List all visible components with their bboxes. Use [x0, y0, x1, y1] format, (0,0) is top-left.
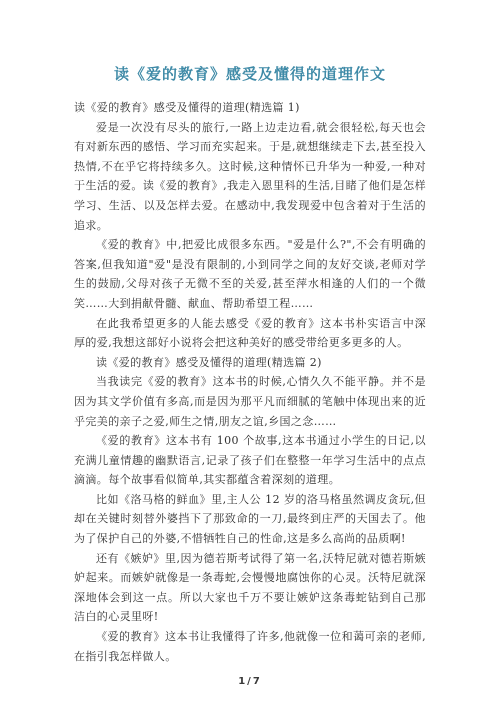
essay-paragraph: 爱是一次没有尽头的旅行,一路上边走边看,就会很轻松,每天也会有对新东西的感悟、学…: [74, 118, 426, 236]
essay-paragraph: 《爱的教育》这本书让我懂得了许多,他就像一位和蔼可亲的老师,在指引我怎样做人。: [74, 627, 426, 666]
essay-body: 读《爱的教育》感受及懂得的道理(精选篇 1) 爱是一次没有尽头的旅行,一路上边走…: [74, 98, 426, 666]
document-title: 读《爱的教育》感受及懂得的道理作文: [74, 62, 426, 86]
section-heading: 读《爱的教育》感受及懂得的道理(精选篇 2): [74, 353, 426, 373]
document-page: 读《爱的教育》感受及懂得的道理作文 读《爱的教育》感受及懂得的道理(精选篇 1)…: [0, 0, 500, 707]
essay-paragraph: 《爱的教育》这本书有 100 个故事,这本书通过小学生的日记,以充满儿童情趣的幽…: [74, 431, 426, 490]
essay-paragraph: 在此我希望更多的人能去感受《爱的教育》这本书朴实语言中深厚的爱,我想这部好小说将…: [74, 314, 426, 353]
essay-paragraph: 还有《嫉妒》里,因为德若斯考试得了第一名,沃特尼就对德若斯嫉妒起来。而嫉妒就像是…: [74, 549, 426, 627]
essay-paragraph: 比如《洛马格的鲜血》里,主人公 12 岁的洛马格虽然调皮贪玩,但却在关键时刻替外…: [74, 490, 426, 549]
section-heading: 读《爱的教育》感受及懂得的道理(精选篇 1): [74, 98, 426, 118]
page-number-indicator: 1/7: [74, 676, 426, 687]
essay-paragraph: 当我读完《爱的教育》这本书的时候,心情久久不能平静。并不是因为其文学价值有多高,…: [74, 372, 426, 431]
essay-paragraph: 《爱的教育》中,把爱比成很多东西。"爱是什么?",不会有明确的答案,但我知道"爱…: [74, 235, 426, 313]
